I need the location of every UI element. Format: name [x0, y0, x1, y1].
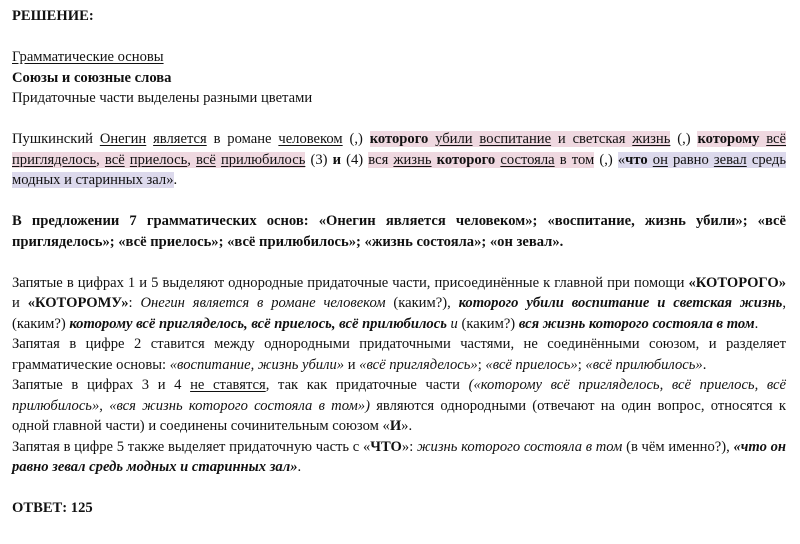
text-fragment: (каким?) [458, 316, 519, 332]
text-fragment: вся жизнь которого состояла в том [519, 316, 755, 332]
text-fragment: «КОТОРОМУ» [28, 295, 129, 311]
text-fragment: всё [196, 152, 216, 168]
text-fragment: прилюбилось [221, 152, 305, 168]
text-fragment: всё [766, 131, 786, 147]
text-fragment: и [344, 357, 359, 373]
text-fragment: которому всё пригляделось, всё приелось,… [69, 316, 447, 332]
text-fragment: . [755, 316, 759, 332]
explanation-comma-2: Запятая в цифре 2 ставится между однород… [12, 334, 786, 375]
legend-conjunctions: Союзы и союзные слова [12, 68, 786, 89]
clause-3: вся жизнь которого состояла в том [368, 152, 594, 168]
text-fragment: приелось [130, 152, 187, 168]
answer: ОТВЕТ: 125 [12, 498, 786, 519]
text-fragment: всё [105, 152, 125, 168]
text-fragment: : [129, 295, 141, 311]
text-fragment: пригляделось [12, 152, 96, 168]
explanation-commas-3-4: Запятые в цифрах 3 и 4 не ставятся, так … [12, 375, 786, 437]
clause-1: которого убили воспитание и светская жиз… [370, 131, 671, 147]
text-fragment: (4) [341, 152, 368, 168]
text-fragment: : [409, 439, 417, 455]
text-fragment: «всё пригляделось» [359, 357, 478, 373]
text-fragment: Запятая в цифре 5 также выделяет придато… [12, 439, 363, 455]
subject-onegin: Онегин [100, 131, 146, 147]
conjunction-kotoromu: которому [697, 131, 759, 147]
text-fragment: и [447, 316, 458, 332]
text-fragment: равно [668, 152, 714, 168]
text-fragment: не ставятся [190, 377, 266, 393]
text-fragment: в том [555, 152, 595, 168]
text-fragment: Онегин является в романе человеком [140, 295, 385, 311]
text-fragment: состояла [500, 152, 554, 168]
text-fragment: «всё прилюбилось» [585, 357, 702, 373]
text-fragment: (3) [305, 152, 332, 168]
solution-document: РЕШЕНИЕ: Грамматические основы Союзы и с… [0, 0, 800, 519]
grammar-bases-summary: В предложении 7 грамматических основ: «О… [12, 211, 786, 252]
text-fragment: ». [401, 418, 412, 434]
text-fragment: в романе [207, 131, 279, 147]
text-fragment: . [298, 459, 302, 475]
text-fragment: убили [435, 131, 472, 147]
text-fragment: и светская [551, 131, 632, 147]
text-fragment: Запятые в цифрах 3 и 4 [12, 377, 190, 393]
solution-title: РЕШЕНИЕ: [12, 6, 786, 27]
text-fragment: «всё приелось» [485, 357, 577, 373]
text-fragment: «воспитание, жизнь убили» [170, 357, 344, 373]
explanation-comma-5: Запятая в цифре 5 также выделяет придато… [12, 437, 786, 478]
explanation-commas-1-5: Запятые в цифрах 1 и 5 выделяют однородн… [12, 273, 786, 335]
text-fragment: . [174, 172, 178, 188]
text-fragment: зевал [714, 152, 747, 168]
spacer [12, 252, 786, 273]
text-fragment: он [653, 152, 668, 168]
text-fragment: Запятые в цифрах 1 и 5 выделяют однородн… [12, 275, 688, 291]
conjunction-kotorogo: которого [370, 131, 429, 147]
spacer [12, 478, 786, 499]
predicate-yavlyaetsya: является [153, 131, 207, 147]
text-fragment: и [12, 295, 28, 311]
text-fragment: (каким?), [386, 295, 459, 311]
text-fragment: (,) [343, 131, 370, 147]
text-fragment: жизнь [393, 152, 431, 168]
conjunction-i: и [333, 152, 341, 168]
text-fragment: (,) [594, 152, 618, 168]
text-fragment: воспитание [479, 131, 551, 147]
conjunction-chto: что [625, 152, 648, 168]
spacer [12, 27, 786, 48]
analyzed-sentence: Пушкинский Онегин является в романе чело… [12, 129, 786, 191]
spacer [12, 109, 786, 130]
text-fragment: Грамматические основы [12, 49, 164, 65]
text-fragment: вся [368, 152, 393, 168]
text-fragment: «КОТОРОГО» [688, 275, 786, 291]
spacer [12, 191, 786, 212]
text-fragment: « [383, 418, 390, 434]
legend-grammar-bases: Грамматические основы [12, 47, 786, 68]
text-fragment: . [703, 357, 707, 373]
text-fragment: , [187, 152, 196, 168]
text-fragment: ЧТО [370, 439, 402, 455]
text-fragment: , [96, 152, 105, 168]
text-fragment: И [390, 418, 401, 434]
text-fragment: которого убили воспитание и светская жиз… [459, 295, 783, 311]
text-fragment: , так как придаточные части [266, 377, 469, 393]
conjunction-kotorogo-2: которого [437, 152, 496, 168]
text-fragment: «вся жизнь которого состояла в том») [109, 398, 370, 414]
predicate-chelovekom: человеком [278, 131, 342, 147]
legend-clauses: Придаточные части выделены разными цвета… [12, 88, 786, 109]
text-fragment: жизнь [632, 131, 670, 147]
text-fragment: Пушкинский [12, 131, 100, 147]
text-fragment: жизнь которого состояла в том [417, 439, 622, 455]
text-fragment: , [99, 398, 109, 414]
text-fragment: (в чём именно?), [622, 439, 733, 455]
text-fragment: (,) [670, 131, 697, 147]
